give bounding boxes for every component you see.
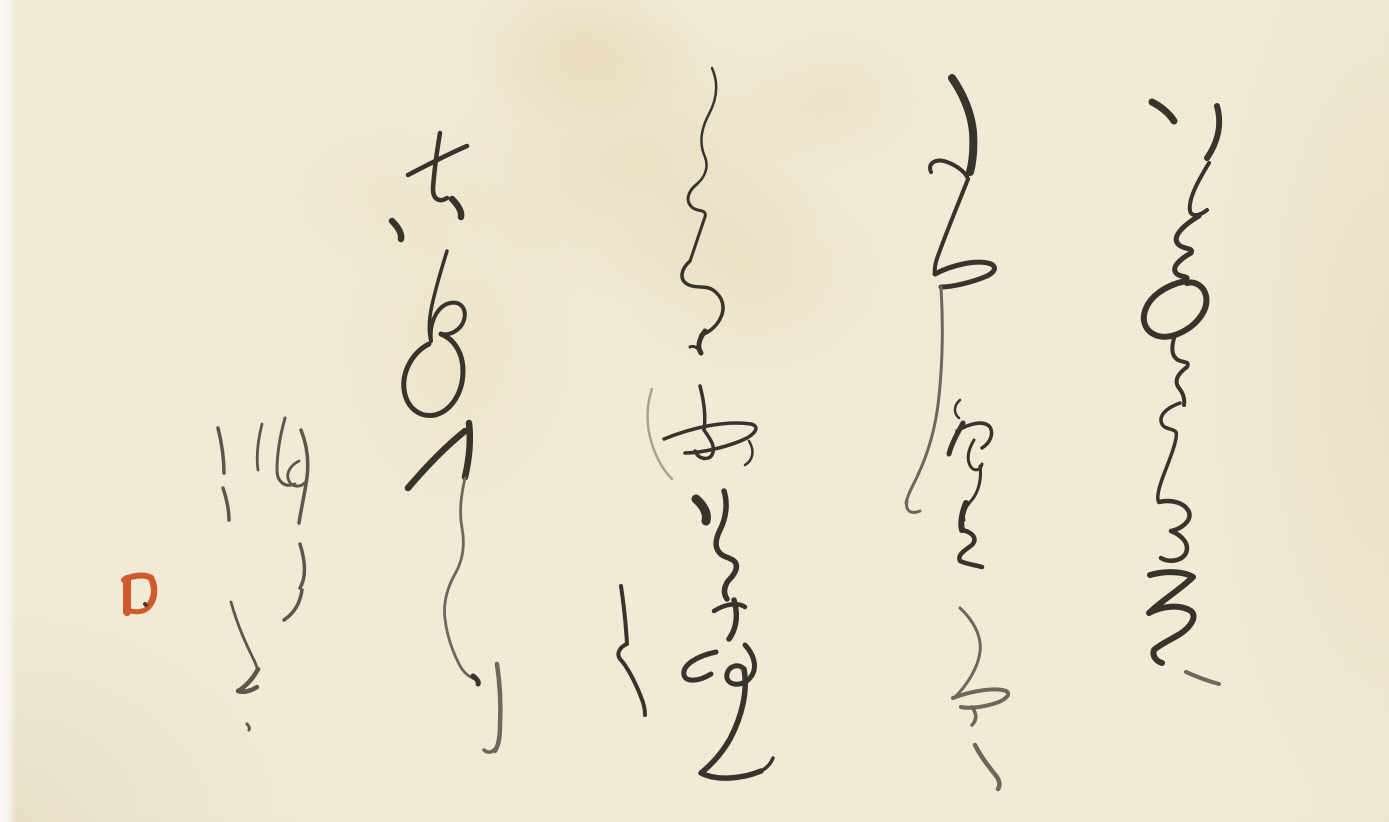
seal-stroke: [124, 576, 151, 580]
brush-stroke: [961, 503, 966, 530]
brush-stroke: [1159, 501, 1190, 561]
calligraphy-column-1-rightmost: [1144, 102, 1219, 684]
brush-stroke: [277, 418, 295, 485]
seal-stroke: [128, 608, 148, 612]
brush-stroke: [727, 645, 755, 684]
brush-stroke: [618, 586, 645, 715]
brush-stroke: [1186, 672, 1219, 684]
brush-stroke: [955, 400, 960, 418]
brush-stroke: [714, 604, 745, 611]
calligraphy-column-4: [392, 133, 500, 752]
brush-stroke: [299, 430, 308, 523]
brush-stroke: [484, 749, 495, 752]
brush-stroke: [231, 602, 258, 671]
brush-stroke: [1158, 403, 1180, 500]
brush-stroke: [218, 428, 224, 473]
brush-stroke: [972, 707, 976, 725]
brush-stroke: [959, 530, 982, 567]
brush-stroke: [935, 262, 994, 287]
brush-stroke: [696, 499, 706, 521]
brush-stroke: [957, 423, 992, 448]
brush-stroke: [935, 179, 968, 274]
brush-stroke: [444, 478, 475, 679]
brush-stroke: [1207, 106, 1219, 158]
brush-stroke: [300, 544, 305, 588]
brush-stroke: [433, 133, 447, 200]
brush-stroke: [1175, 216, 1199, 281]
brush-stroke: [223, 488, 229, 520]
calligraphy-column-5-signature: [218, 418, 308, 730]
brush-stroke: [247, 724, 249, 730]
seal-ink-dot: [145, 604, 146, 605]
brush-stroke: [745, 441, 752, 465]
calligraphy-column-3-center: [618, 68, 773, 778]
brush-stroke: [695, 430, 713, 458]
brush-stroke: [684, 652, 716, 680]
brush-stroke: [452, 199, 461, 217]
brush-stroke: [700, 386, 705, 430]
brush-stroke: [408, 431, 465, 488]
brush-stroke: [288, 461, 307, 486]
brush-stroke: [975, 745, 999, 789]
brush-stroke: [688, 184, 705, 261]
brush-stroke: [238, 669, 258, 692]
calligraphy-canvas: [0, 0, 1389, 822]
brush-stroke: [284, 590, 302, 620]
brush-stroke: [930, 161, 968, 179]
brush-stroke: [495, 664, 500, 751]
brush-stroke: [716, 491, 736, 599]
brush-stroke: [257, 424, 262, 470]
brush-stroke: [952, 78, 973, 172]
brush-stroke: [955, 608, 980, 697]
brush-stroke: [648, 389, 673, 479]
seal-stroke: [148, 578, 154, 607]
brush-stroke: [1152, 102, 1174, 121]
brush-stroke: [1172, 335, 1188, 405]
brush-stroke: [404, 334, 463, 415]
brush-stroke: [1144, 281, 1207, 337]
brush-stroke: [761, 758, 773, 771]
artist-seal-stamp: [124, 576, 154, 612]
calligraphy-column-2: [906, 78, 1008, 789]
brush-stroke: [682, 261, 723, 335]
brush-stroke: [907, 501, 920, 512]
brush-stroke: [392, 221, 401, 239]
brush-stroke: [1190, 163, 1209, 215]
brush-stroke: [1149, 572, 1194, 663]
brush-stroke: [697, 68, 716, 184]
brush-stroke: [906, 287, 942, 503]
calligraphy-scroll-photo: [0, 0, 1389, 822]
